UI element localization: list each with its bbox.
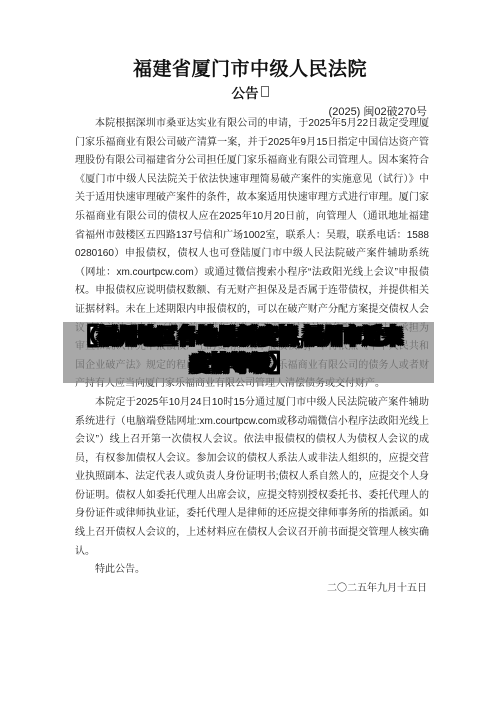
- announcement-paragraph-2: 本院定于2025年10月24日10时15分通过厦门市中级人民法院破产案件辅助系统…: [75, 394, 429, 561]
- doc-type-heading: 公告: [0, 82, 500, 102]
- watermark-line-2: 疫情等级】: [60, 351, 420, 378]
- watermark-overlay-text: 【福州地区各地最新疫情,福州市近来 疫情等级】: [60, 324, 420, 378]
- announcement-date: 二〇二五年九月十五日: [75, 580, 429, 599]
- court-name-title: 福建省厦门市中级人民法院: [0, 54, 500, 81]
- court-announcement-page: 福建省厦门市中级人民法院 公告 (2025) 闽02破270号 本院根据深圳市桑…: [0, 0, 500, 706]
- missing-glyph-box-icon: [261, 86, 269, 97]
- doc-type-label: 公告: [232, 86, 259, 101]
- closing-statement: 特此公告。: [75, 561, 429, 580]
- watermark-line-1: 【福州地区各地最新疫情,福州市近来: [60, 324, 420, 351]
